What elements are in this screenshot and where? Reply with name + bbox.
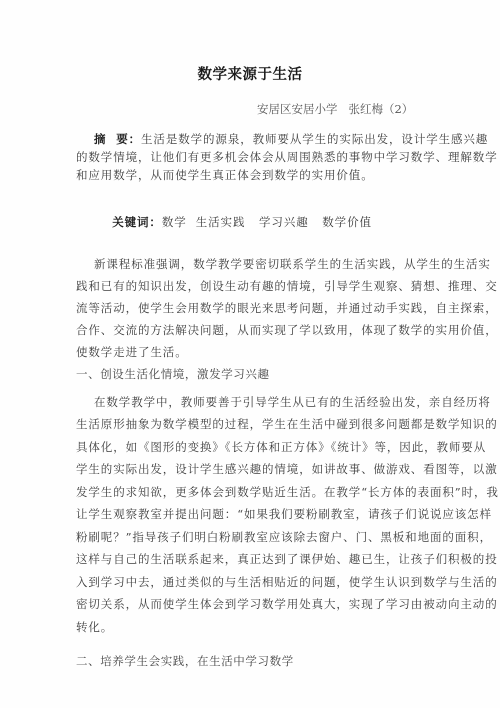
keywords-text: 数学 生活实践 学习兴趣 数学价值: [162, 215, 372, 229]
section-1-line-5: 发学生的求知欲，更多体会到数学贴近生活。在教学“长方体的表面积”时，我: [76, 484, 420, 500]
document-title: 数学来源于生活: [0, 63, 500, 84]
keywords-line: 关键词：数学 生活实践 学习兴趣 数学价值: [94, 198, 438, 246]
section-1-line-3: 具体化，如《图形的变换》《长方体和正方体》《统计》等，因此，教师要从: [76, 439, 420, 455]
section-1-line-10: 密切关系，从而使学生体会到学习数学用处真大，实现了学习由被动向主动的: [76, 596, 420, 612]
intro-line-2: 践和已有的知识出发，创设生动有趣的情境，引导学生观察、猜想、推理、交: [76, 278, 420, 294]
section-1-heading: 一、创设生活化情境，激发学习兴趣: [76, 366, 270, 382]
intro-line-3: 流等活动，使学生会用数学的眼光来思考问题，并通过动手实践，自主探索，: [76, 300, 420, 316]
intro-line-5: 使数学走进了生活。: [76, 344, 420, 360]
section-2-heading: 二、培养学生会实践，在生活中学习数学: [76, 653, 294, 669]
intro-line-4: 合作、交流的方法解决问题，从而实现了学以致用，体现了数学的实用价值，: [76, 322, 420, 338]
intro-line-1: 新课程标准强调，数学教学要密切联系学生的生活实践，从学生的生活实: [94, 256, 420, 272]
document-page: 数学来源于生活 安居区安居小学 张红梅（2） 摘 要：生活是数学的源泉，教师要从…: [0, 0, 500, 708]
abstract-line-1: 摘 要：生活是数学的源泉，教师要从学生的实际出发，设计学生感兴趣: [94, 131, 420, 147]
abstract-line-3: 和应用数学，从而使学生真正体会到数学的实用价值。: [76, 167, 420, 183]
author-line: 安居区安居小学 张红梅（2）: [257, 101, 413, 117]
section-1-line-9: 入到学习中去，通过类似的与生活相贴近的问题，使学生认识到数学与生活的: [76, 574, 420, 590]
keywords-label: 关键词：: [112, 215, 162, 229]
section-1-line-2: 生活原形抽象为数学模型的过程，学生在生活中碰到很多问题都是数学知识的: [76, 416, 420, 432]
section-1-line-8: 这样与自己的生活联系起来，真正达到了课伊始、趣已生，让孩子们积极的投: [76, 551, 420, 567]
section-1-line-1: 在数学教学中，教师要善于引导学生从已有的生活经验出发，亲自经历将: [94, 394, 420, 410]
section-1-line-4: 学生的实际出发，设计学生感兴趣的情境，如讲故事、做游戏、看图等，以激: [76, 461, 420, 477]
section-1-line-7: 粉刷呢？”指导孩子们明白粉刷教室应该除去窗户、门、黑板和地面的面积，: [76, 529, 420, 545]
abstract-text: 生活是数学的源泉，教师要从学生的实际出发，设计学生感兴趣: [141, 132, 488, 146]
section-1-line-6: 让学生观察教室并提出问题：“如果我们要粉刷教室，请孩子们说说应该怎样: [76, 506, 420, 522]
abstract-label: 摘 要：: [94, 132, 141, 146]
abstract-line-2: 的数学情境，让他们有更多机会体会从周围熟悉的事物中学习数学、理解数学: [76, 149, 420, 165]
section-1-line-11: 转化。: [76, 619, 420, 635]
